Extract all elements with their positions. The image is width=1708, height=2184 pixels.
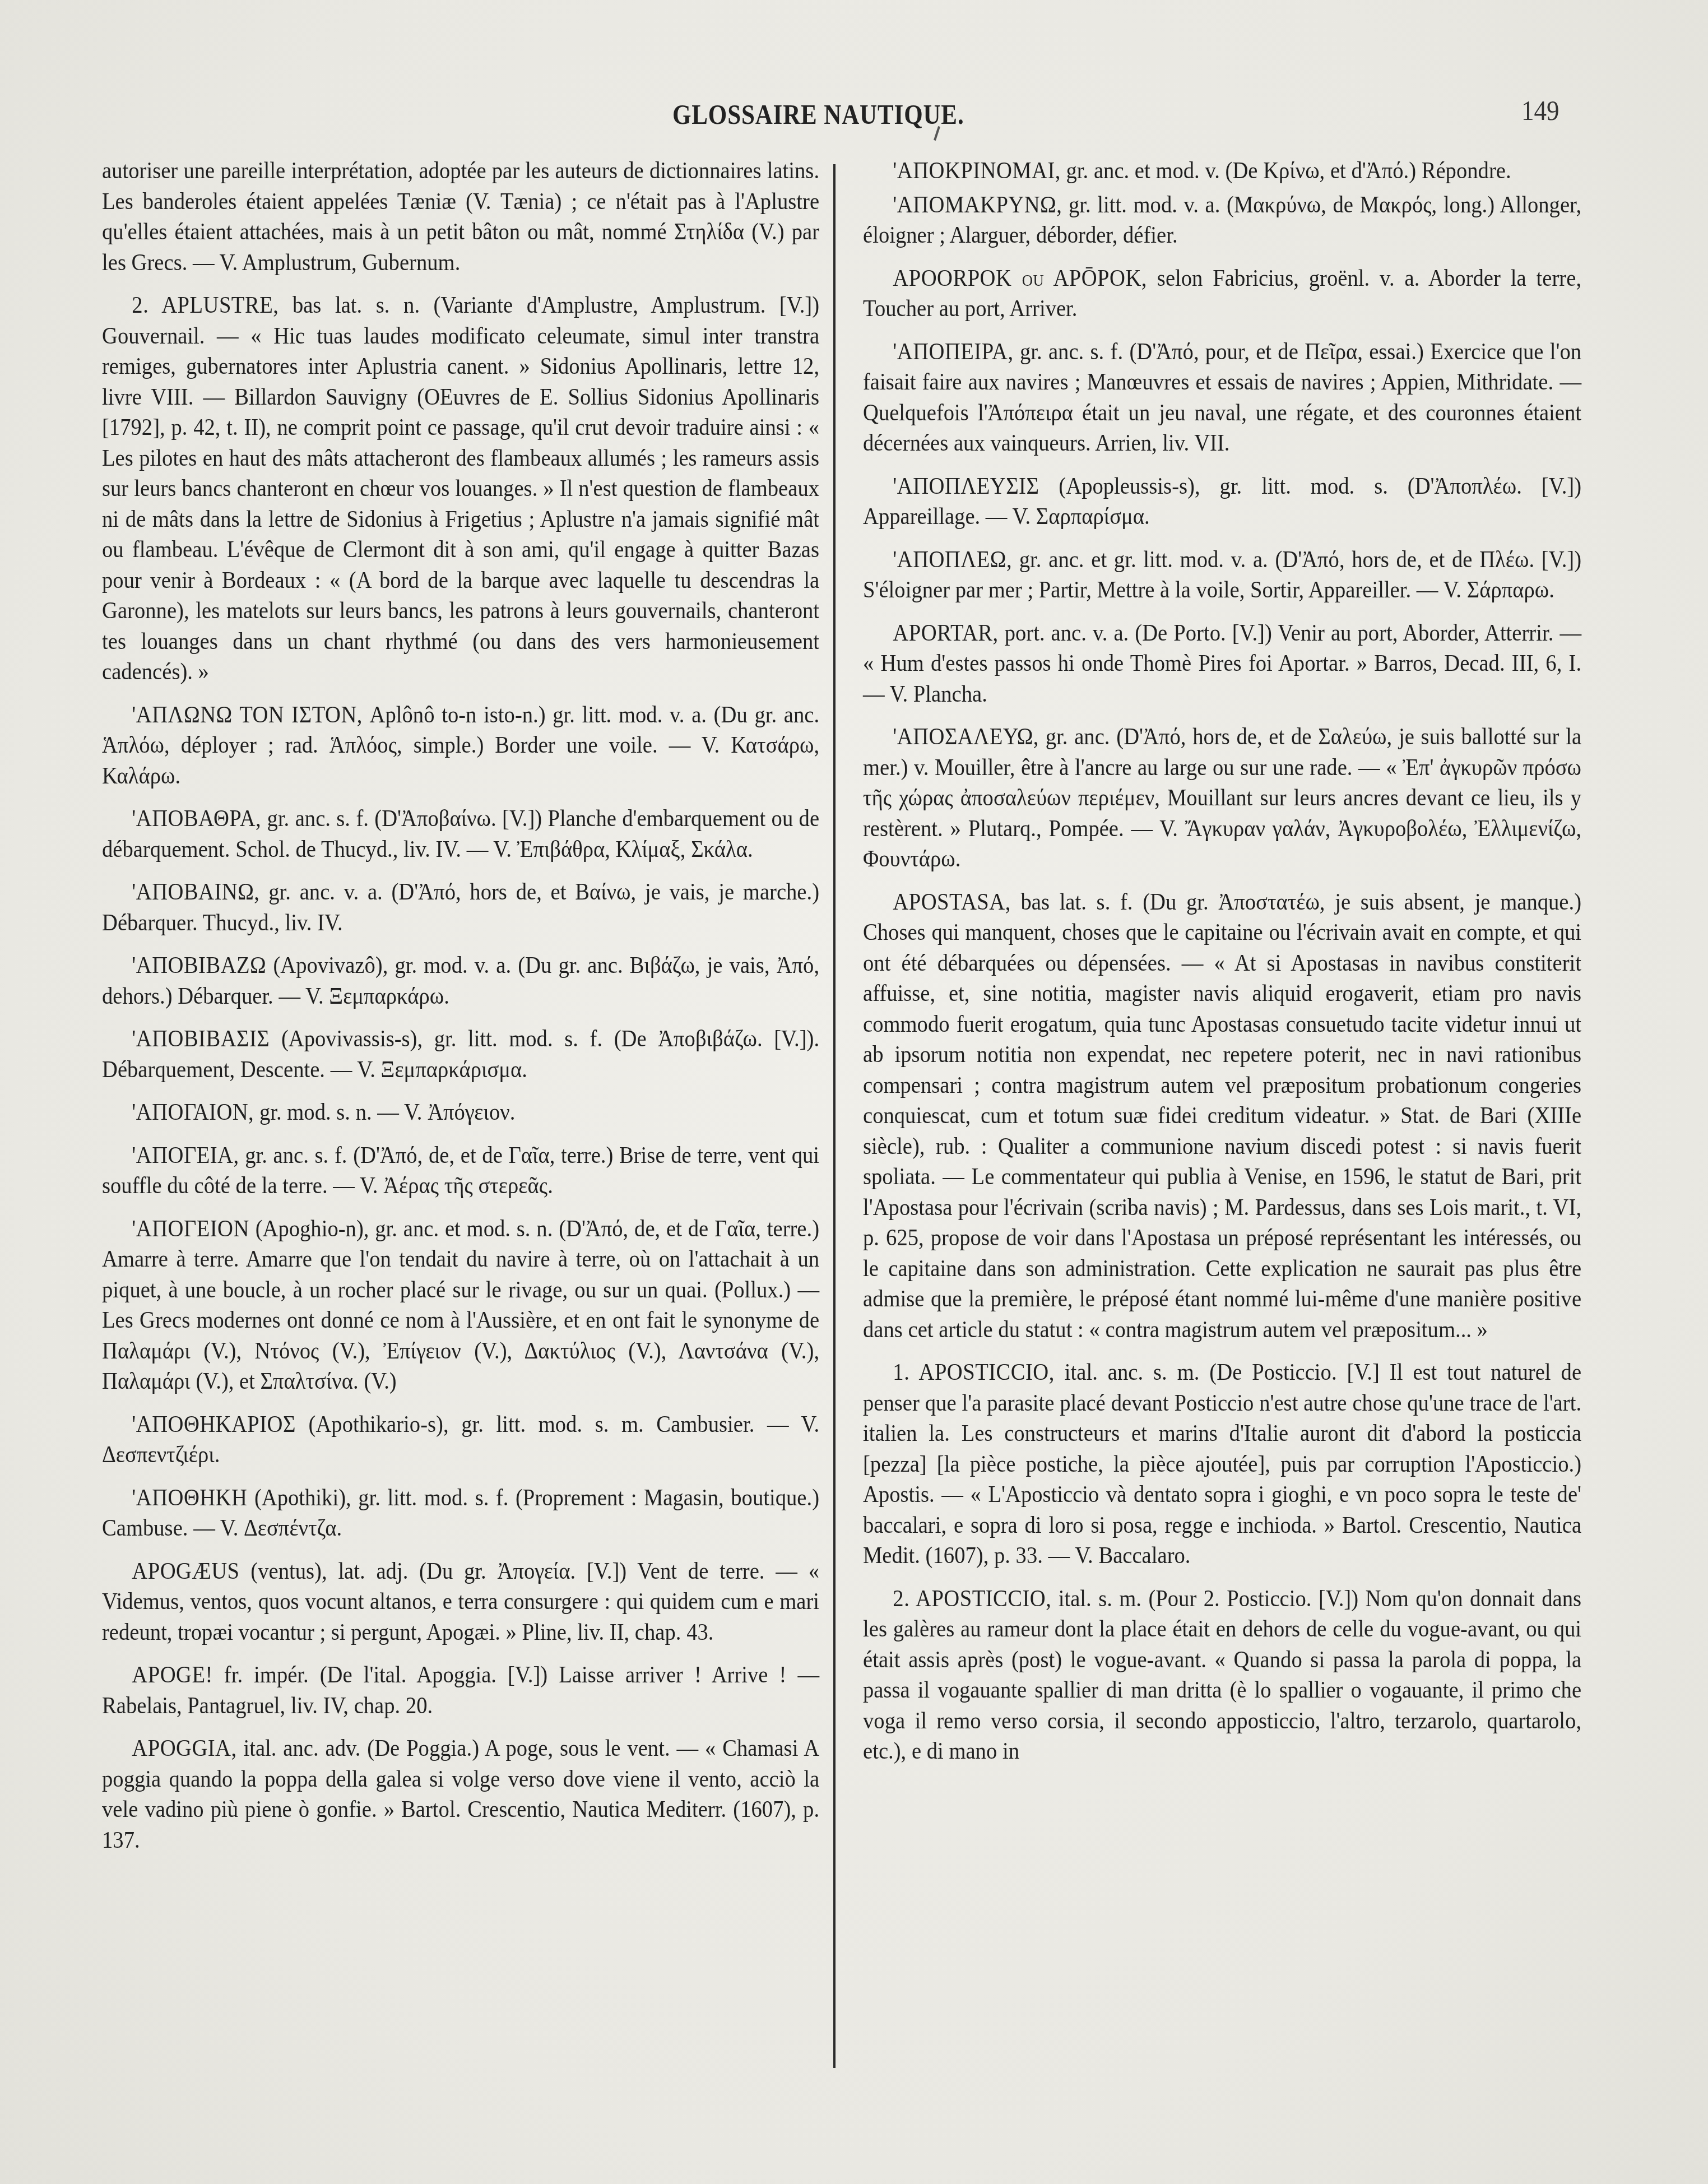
entry-headword: 'ΑΠΟΣΑΛΕΥΩ, — [893, 724, 1039, 750]
glossary-entry: 'ΑΠΟΓΕΙΑ, gr. anc. s. f. (D'Ἀπό, de, et … — [102, 1140, 819, 1202]
page-number: 149 — [1521, 94, 1560, 127]
glossary-entry: 'ΑΠΟΒΑΘΡΑ, gr. anc. s. f. (D'Ἀποβαίνω. [… — [102, 804, 819, 865]
entry-headword: APOGÆUS — [132, 1559, 239, 1584]
entry-headword: 'ΑΠΟΠΕΙΡΑ, — [893, 339, 1013, 365]
glossary-entry: 'ΑΠΟΒΑΙΝΩ, gr. anc. v. a. (D'Ἀπό, hors d… — [102, 877, 819, 938]
entry-headword: 'ΑΠΟΒΑΘΡΑ, — [132, 806, 261, 832]
entry-headword: 1. APOSTICCIO, — [893, 1360, 1054, 1385]
entry-headword: 'ΑΠΟΚΡΙΝΟΜΑΙ, — [893, 158, 1061, 184]
glossary-entry: 'ΑΠΟΓΕΙΟΝ (Apoghio-n), gr. anc. et mod. … — [102, 1214, 819, 1397]
entry-headword: 'ΑΠΟΠΛΕΩ, — [893, 547, 1012, 573]
glossary-entry: 2. APLUSTRE, bas lat. s. n. (Variante d'… — [102, 290, 819, 688]
entry-headword: 2. APOSTICCIO, — [893, 1586, 1051, 1612]
glossary-entry: APOSTASA, bas lat. s. f. (Du gr. Ἀποστατ… — [863, 887, 1581, 1346]
glossary-entry: 'ΑΠΟΘΗΚΑΡΙΟΣ (Apothikario-s), gr. litt. … — [102, 1409, 819, 1471]
running-title: GLOSSAIRE NAUTIQUE. — [672, 98, 964, 131]
entry-text: gr. mod. s. n. — V. Ἀπόγειον. — [254, 1100, 515, 1125]
entry-headword: 'ΑΠΟΒΙΒΑΣΙΣ — [132, 1026, 270, 1052]
entry-headword: 'ΑΠΟΒΙΒΑΖΩ — [132, 953, 266, 979]
entry-text: ital. s. m. (Pour 2. Posticcio. [V.]) No… — [863, 1586, 1581, 1765]
glossary-entry: 'ΑΠΟΒΙΒΑΣΙΣ (Apovivassis-s), gr. litt. m… — [102, 1024, 819, 1085]
glossary-entry: 'ΑΠΟΜΑΚΡΥΝΩ, gr. litt. mod. v. a. (Μακρύ… — [863, 190, 1581, 251]
glossary-entry: 1. APOSTICCIO, ital. anc. s. m. (De Post… — [863, 1357, 1581, 1571]
right-column: 'ΑΠΟΚΡΙΝΟΜΑΙ, gr. anc. et mod. v. (De Κρ… — [863, 156, 1581, 1779]
entry-headword: 'ΑΠΟΘΗΚΗ — [132, 1485, 247, 1511]
glossary-entry: APOGE! fr. impér. (De l'ital. Apoggia. [… — [102, 1660, 819, 1721]
scanned-page: GLOSSAIRE NAUTIQUE. 149 autoriser une pa… — [0, 0, 1708, 2184]
glossary-entry: 'ΑΠΟΠΕΙΡΑ, gr. anc. s. f. (D'Ἀπό, pour, … — [863, 337, 1581, 459]
entry-headword: 'ΑΠΟΓΕΙΟΝ — [132, 1216, 249, 1242]
glossary-entry: 'ΑΠΛΩΝΩ ΤΟΝ ΙΣΤΟΝ, Aplônô to-n isto-n.) … — [102, 700, 819, 792]
entry-headword: 'ΑΠΟΜΑΚΡΥΝΩ, — [893, 192, 1062, 218]
entry-headword: 2. APLUSTRE, — [132, 293, 279, 318]
glossary-entry: 'ΑΠΟΚΡΙΝΟΜΑΙ, gr. anc. et mod. v. (De Κρ… — [863, 156, 1581, 187]
entry-text: gr. anc. et mod. v. (De Κρίνω, et d'Ἀπό.… — [1061, 158, 1511, 184]
entry-headword: APOGGIA, — [132, 1736, 236, 1761]
glossary-entry: APOORPOK ou APŌPOK, selon Fabricius, gro… — [863, 263, 1581, 324]
entry-text: (Apoghio-n), gr. anc. et mod. s. n. (D'Ἀ… — [102, 1216, 819, 1395]
entry-headword: APOGE! — [132, 1662, 212, 1688]
entry-headword: APOSTASA, — [893, 889, 1010, 915]
entry-headword: 'ΑΠΟΒΑΙΝΩ, — [132, 879, 259, 905]
column-divider — [833, 164, 836, 2068]
glossary-entry: APORTAR, port. anc. v. a. (De Porto. [V.… — [863, 618, 1581, 710]
entry-headword: 'ΑΠΟΘΗΚΑΡΙΟΣ — [132, 1412, 296, 1438]
entry-headword: 'ΑΠΛΩΝΩ ΤΟΝ ΙΣΤΟΝ, — [132, 702, 363, 728]
entry-headword: 'ΑΠΟΓΕΙΑ, — [132, 1143, 239, 1168]
entry-text: autoriser une pareille interprétation, a… — [102, 158, 819, 276]
entry-text: ital. anc. s. m. (De Posticcio. [V.] Il … — [863, 1360, 1581, 1569]
glossary-entry: 'ΑΠΟΓΑΙΟΝ, gr. mod. s. n. — V. Ἀπόγειον. — [102, 1097, 819, 1128]
entry-headword: APORTAR, — [893, 620, 998, 646]
entry-headword: 'ΑΠΟΓΑΙΟΝ, — [132, 1100, 254, 1125]
entry-text: bas lat. s. f. (Du gr. Ἀποστατέω, je sui… — [863, 889, 1581, 1343]
glossary-entry-continued: autoriser une pareille interprétation, a… — [102, 156, 819, 278]
entry-headword: APOORPOK ou APŌPOK, — [893, 266, 1147, 291]
glossary-entry: 'ΑΠΟΣΑΛΕΥΩ, gr. anc. (D'Ἀπό, hors de, et… — [863, 722, 1581, 875]
glossary-entry: APOGÆUS (ventus), lat. adj. (Du gr. Ἀπογ… — [102, 1556, 819, 1648]
glossary-entry: 'ΑΠΟΠΛΕΩ, gr. anc. et gr. litt. mod. v. … — [863, 545, 1581, 606]
glossary-entry: 'ΑΠΟΠΛΕΥΣΙΣ (Apopleussis-s), gr. litt. m… — [863, 471, 1581, 532]
left-column: autoriser une pareille interprétation, a… — [102, 156, 819, 1868]
glossary-entry: 'ΑΠΟΒΙΒΑΖΩ (Apovivazô), gr. mod. v. a. (… — [102, 950, 819, 1012]
glossary-entry: APOGGIA, ital. anc. adv. (De Poggia.) A … — [102, 1733, 819, 1856]
glossary-entry: 2. APOSTICCIO, ital. s. m. (Pour 2. Post… — [863, 1584, 1581, 1767]
entry-text: bas lat. s. n. (Variante d'Amplustre, Am… — [102, 293, 819, 685]
entry-headword: 'ΑΠΟΠΛΕΥΣΙΣ — [893, 474, 1039, 499]
glossary-entry: 'ΑΠΟΘΗΚΗ (Apothiki), gr. litt. mod. s. f… — [102, 1483, 819, 1544]
